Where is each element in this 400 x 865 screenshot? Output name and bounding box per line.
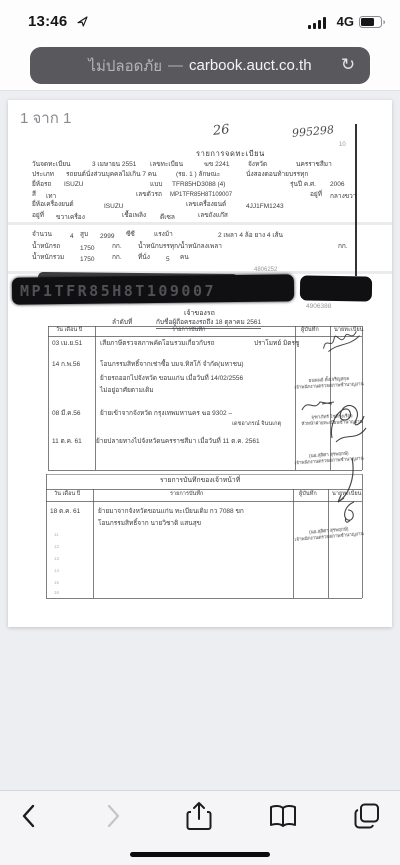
fuel-label: เชื้อเพลิง bbox=[122, 213, 146, 220]
engine-no-label: เลขเครื่องยนต์ bbox=[186, 202, 226, 209]
location-arrow-icon bbox=[76, 15, 89, 28]
back-button[interactable] bbox=[13, 801, 43, 831]
owner-row-name: ปราโมทย์ มิตรชู bbox=[254, 341, 299, 348]
owner-row-name: เดชอาภรณ์ จินนเกตุ bbox=[232, 422, 281, 428]
kg-unit-3: กก. bbox=[112, 255, 122, 262]
kg-unit-2: กก. bbox=[338, 244, 348, 251]
stamp-role: เจ้าพนักงานตรวจสภาพชำนาญงาน bbox=[294, 381, 363, 390]
vin-label: เลขตัวรถ bbox=[136, 192, 162, 199]
plate: ฆข 2241 bbox=[204, 162, 230, 169]
owner-row-date: 03 เม.ย.51 bbox=[52, 341, 82, 348]
home-indicator[interactable] bbox=[130, 852, 270, 857]
margin-number: 16 bbox=[54, 590, 59, 595]
owner-row-record: ไม่อยู่อาศัยตามเดิม bbox=[100, 388, 154, 395]
model-label: แบบ bbox=[150, 182, 162, 189]
owner-row-date: 11 ต.ค. 61 bbox=[52, 439, 82, 446]
owner-col-recorder: ผู้บันทึก bbox=[301, 328, 319, 334]
margin-number: 15 bbox=[54, 580, 59, 585]
owner-row-record: ย้ายปลายทางไปจังหวัดนครราชสีมา เมื่อวันท… bbox=[96, 439, 260, 446]
kg-unit: กก. bbox=[112, 244, 122, 251]
seats: 5 bbox=[166, 257, 170, 264]
reg-date-label: วันจดทะเบียน bbox=[32, 162, 71, 169]
gross: 1750 bbox=[80, 257, 94, 264]
reload-icon[interactable]: ↻ bbox=[338, 55, 358, 75]
vin-pos: กลางขวา bbox=[330, 194, 357, 201]
share-button[interactable] bbox=[184, 801, 214, 831]
weight: 1750 bbox=[80, 246, 94, 253]
address-bar[interactable]: ไม่ปลอดภัย — carbook.auct.co.th ↻ bbox=[30, 47, 370, 84]
color-label: สี bbox=[32, 192, 36, 199]
officer-stamp: (นอ.สุลิศา สุรพฤกษ์) เจ้าพนักงานตรวจสภาพ… bbox=[294, 525, 365, 543]
margin-number: 12 bbox=[54, 544, 59, 549]
color: เทา bbox=[46, 194, 56, 201]
year-label: รุ่นปี ค.ศ. bbox=[290, 182, 316, 189]
gross-label: น้ำหนักรวม bbox=[32, 255, 64, 262]
clock: 13:46 bbox=[28, 13, 67, 30]
status-bar: 13:46 4G bbox=[0, 0, 400, 44]
cylinders: 4 bbox=[70, 234, 74, 241]
seat-unit: คน bbox=[180, 255, 189, 262]
seat-label: ที่นั่ง bbox=[138, 255, 150, 262]
page-viewport[interactable]: 1 จาก 1 26 995298 10 รายการจดทะเบียน วัน… bbox=[0, 90, 400, 790]
cylinder-unit: สูบ bbox=[80, 232, 88, 239]
officer-col-record: รายการบันทึก bbox=[170, 492, 203, 498]
model: TFR85HD3088 (4) bbox=[172, 182, 225, 189]
battery-icon bbox=[359, 16, 386, 29]
handwritten-number: 26 bbox=[212, 123, 230, 138]
owner-row-record: โอนกรรมสิทธิ์จากเช่าซื้อ บมจ.ทิสโก้ จำกั… bbox=[100, 362, 244, 369]
brand: ISUZU bbox=[64, 182, 84, 189]
reg-date: 3 เมษายน 2551 bbox=[92, 162, 136, 169]
type-label: ประเภท bbox=[32, 172, 54, 179]
owner-col-date: วัน เดือน ปี bbox=[56, 328, 82, 334]
owner-row-record: ย้ายเข้าจากจังหวัด กรุงเทพมหานคร ฆอ 9302… bbox=[100, 411, 232, 418]
owner-row-record: ย้ายรถออกไปจังหวัด ขอนแก่น เมื่อวันที่ 1… bbox=[100, 376, 243, 383]
type-code: (รย. 1 ) ลักษณะ bbox=[176, 172, 220, 179]
weight-label: น้ำหนักรถ bbox=[32, 244, 60, 251]
engine-no: 4JJ1FM1243 bbox=[246, 204, 284, 211]
officer-stamp: ธนพนธ์ ตั้งเจริญสกุล เจ้าพนักงานตรวจสภาพ… bbox=[294, 375, 365, 391]
officer-row-record: ย้ายมาจากจังหวัดขอนแก่น ทะเบียนเดิม กว 7… bbox=[98, 509, 244, 516]
margin-number: 14 bbox=[54, 568, 59, 573]
security-warning-label: ไม่ปลอดภัย bbox=[88, 54, 162, 78]
hp-label: แรงม้า bbox=[154, 232, 173, 239]
brand-label: ยี่ห้อรถ bbox=[32, 182, 51, 189]
vin: MP1TFR85H8T109007 bbox=[170, 192, 232, 198]
body-style: นั่งสองตอนท้ายบรรทุก bbox=[246, 172, 308, 179]
engine-brand-label: ยี่ห้อเครื่องยนต์ bbox=[32, 202, 74, 209]
load-label: น้ำหนักบรรทุก/น้ำหนักลงเพลา bbox=[138, 244, 222, 251]
owner-col-record: รายการบันทึก bbox=[172, 328, 205, 334]
annotation-arrow bbox=[308, 456, 358, 506]
officer-row-date: 18 ต.ค. 61 bbox=[50, 509, 80, 516]
registrar-signature-large bbox=[326, 398, 368, 444]
faint-doc-number-2: 4906388 bbox=[306, 304, 331, 311]
axle-info: 2 เพลา 4 ล้อ ยาง 4 เส้น bbox=[218, 233, 283, 240]
cellular-signal-icon bbox=[308, 17, 328, 29]
engine-pos: ขวาเครื่อง bbox=[56, 215, 85, 222]
year: 2006 bbox=[330, 182, 344, 189]
gas-tank-label: เลขถังแก๊ส bbox=[198, 213, 228, 220]
page-indicator: 1 จาก 1 bbox=[20, 106, 71, 130]
type: รถยนต์นั่งส่วนบุคคลไม่เกิน 7 คน bbox=[66, 172, 157, 179]
redaction-bar-2 bbox=[300, 275, 372, 301]
browser-toolbar bbox=[0, 790, 400, 865]
faint-doc-number: 4806252 bbox=[254, 267, 277, 273]
plate-label: เลขทะเบียน bbox=[150, 162, 183, 169]
owner-section-title: เจ้าของรถ bbox=[184, 310, 215, 317]
handwritten-serial: 995298 bbox=[292, 124, 335, 139]
owner-row-date: 08 มี.ค.56 bbox=[52, 411, 81, 418]
province-label: จังหวัด bbox=[248, 162, 267, 169]
doc-title: รายการจดทะเบียน bbox=[196, 150, 265, 158]
stamped-chassis-number: MP1TFR85H8T109007 bbox=[20, 282, 216, 300]
officer-row-record: โอนกรรมสิทธิ์จาก นายวิชาติ แสนสุข bbox=[98, 521, 201, 528]
scan-line bbox=[355, 124, 357, 276]
vin-pos-label: อยู่ที่ bbox=[310, 192, 322, 199]
scan-band bbox=[8, 222, 392, 225]
owner-row-date: 14 ก.พ.56 bbox=[52, 362, 80, 369]
browser-header: ไม่ปลอดภัย — carbook.auct.co.th ↻ bbox=[0, 44, 400, 91]
officer-col-date: วัน เดือน ปี bbox=[54, 492, 80, 498]
registrar-signature bbox=[318, 323, 366, 357]
tabs-button[interactable] bbox=[352, 801, 382, 831]
separator: — bbox=[168, 57, 183, 74]
cc-unit: ซีซี bbox=[126, 232, 135, 239]
cylinder-label: จำนวน bbox=[32, 232, 52, 239]
fuel: ดีเซล bbox=[160, 215, 175, 222]
cc-value: 2999 bbox=[100, 234, 114, 241]
network-type-label: 4G bbox=[337, 14, 354, 29]
officer-section-title: รายการบันทึกของเจ้าหน้าที่ bbox=[160, 478, 240, 485]
margin-number: 11 bbox=[54, 532, 59, 537]
owner-row-record: เสียภาษีตรวจสภาพคัดโอนรวมเกี่ยวกับรถ bbox=[100, 341, 215, 348]
engine-pos-label: อยู่ที่ bbox=[32, 213, 44, 220]
corner-number: 10 bbox=[339, 142, 346, 148]
margin-number: 13 bbox=[54, 556, 59, 561]
province: นครราชสีมา bbox=[296, 162, 332, 169]
bookmarks-button[interactable] bbox=[268, 801, 298, 831]
scanned-document-page: 1 จาก 1 26 995298 10 รายการจดทะเบียน วัน… bbox=[8, 100, 392, 627]
engine-brand: ISUZU bbox=[104, 204, 124, 211]
url-domain: carbook.auct.co.th bbox=[189, 57, 312, 74]
forward-button[interactable] bbox=[99, 801, 129, 831]
